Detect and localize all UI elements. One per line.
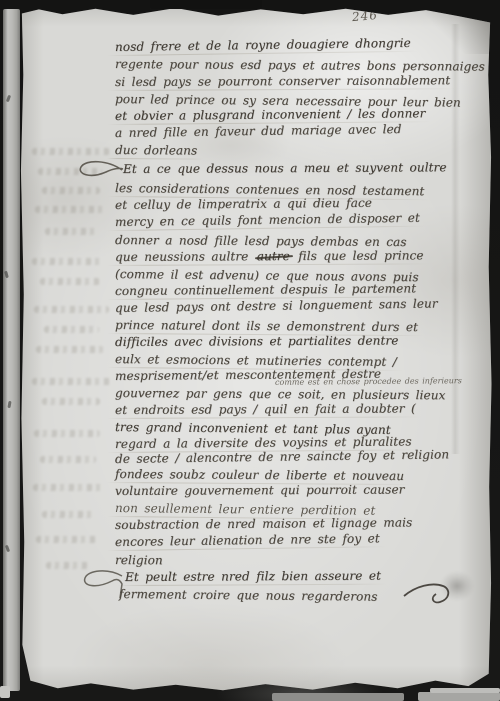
edge-mark	[4, 271, 9, 279]
bleedthrough-line	[36, 346, 104, 353]
manuscript-text-block: nosd frere et de la royne douagiere dhon…	[115, 6, 487, 693]
manuscript-line: fermement croire que nous regarderons	[119, 587, 378, 604]
manuscript-line: encores leur alienation de nre ste foy e…	[115, 531, 380, 549]
edge-mark	[5, 545, 10, 553]
manuscript-line: si lesd pays se pourront conserver raiso…	[115, 73, 450, 89]
manuscript-line: a nred fille en faveur dud mariage avec …	[115, 122, 402, 140]
bleedthrough-line	[32, 378, 112, 385]
manuscript-line paragraph-start: Et peult estre nred filz bien asseure et	[125, 569, 381, 584]
book-fore-edge	[3, 9, 20, 691]
bleedthrough-line	[42, 511, 96, 518]
bleedthrough-line	[36, 536, 98, 543]
manuscript-line: et obvier a plusgrand inconvenient / les…	[115, 106, 426, 123]
manuscript-line: regente pour nous esd pays et autres bon…	[115, 57, 485, 74]
manuscript-page: 246 nosd frere et de la royne douagiere …	[20, 6, 492, 693]
manuscript-line: mercy en ce quils font mencion de dispos…	[115, 211, 420, 229]
manuscript-line: et celluy de limperatrix a qui dieu face	[115, 196, 372, 212]
bleedthrough-line	[33, 484, 105, 491]
manuscript-line: les considerations contenues en nosd tes…	[115, 181, 425, 198]
bleedthrough-line	[32, 148, 110, 155]
bleedthrough-line	[32, 258, 104, 265]
interlinear-insertion: comme est en chose procedee des inferieu…	[275, 376, 462, 387]
manuscript-line: duc dorleans	[115, 143, 197, 158]
manuscript-photo: 246 nosd frere et de la royne douagiere …	[0, 0, 500, 701]
manuscript-line paragraph-start: Et a ce que dessus nous a meu et suyvent…	[123, 160, 447, 176]
under-page-sliver	[418, 692, 500, 701]
bleedthrough-line	[45, 228, 97, 235]
bleedthrough-line	[40, 456, 96, 463]
manuscript-line: donner a nosd fille lesd pays dembas en …	[115, 233, 407, 249]
under-page-sliver	[0, 686, 10, 698]
bleedthrough-line	[35, 206, 105, 213]
manuscript-line: religion	[115, 553, 163, 567]
struck-word: autre	[257, 249, 290, 263]
under-page-sliver	[430, 688, 500, 693]
bleedthrough-line	[42, 187, 100, 194]
struck-line-before: que neussions aultre	[115, 249, 248, 264]
manuscript-line-with-strikethrough: que neussions aultre autre fils que lesd…	[115, 248, 424, 264]
photo-top-shadow	[150, 0, 262, 9]
manuscript-line: fondees soubz couleur de liberte et nouv…	[115, 467, 404, 483]
struck-line-after: fils que lesd prince	[298, 248, 423, 263]
manuscript-line: nosd frere et de la royne douagiere dhon…	[115, 36, 411, 54]
bleedthrough-line	[34, 306, 109, 313]
bleedthrough-line	[42, 398, 100, 405]
manuscript-line: congneu continuellement despuis le parte…	[115, 281, 416, 298]
manuscript-line: voluntaire gouvernement qui pourroit cau…	[115, 482, 405, 498]
manuscript-line: et endroits esd pays / quil en fait a do…	[115, 401, 416, 417]
bleedthrough-line	[40, 278, 100, 285]
manuscript-line: prince naturel dont ils se demonstrent d…	[115, 318, 418, 334]
bleedthrough-line	[34, 430, 100, 437]
manuscript-line: soubstraction de nred maison et lignage …	[115, 515, 412, 532]
edge-mark	[6, 95, 11, 103]
manuscript-line: difficiles avec divisions et partialites…	[115, 334, 398, 349]
under-page-sliver	[272, 693, 404, 701]
bleedthrough-line	[44, 326, 99, 333]
manuscript-line: gouvernez par gens que ce soit, en plusi…	[115, 386, 446, 402]
edge-mark	[7, 401, 11, 408]
